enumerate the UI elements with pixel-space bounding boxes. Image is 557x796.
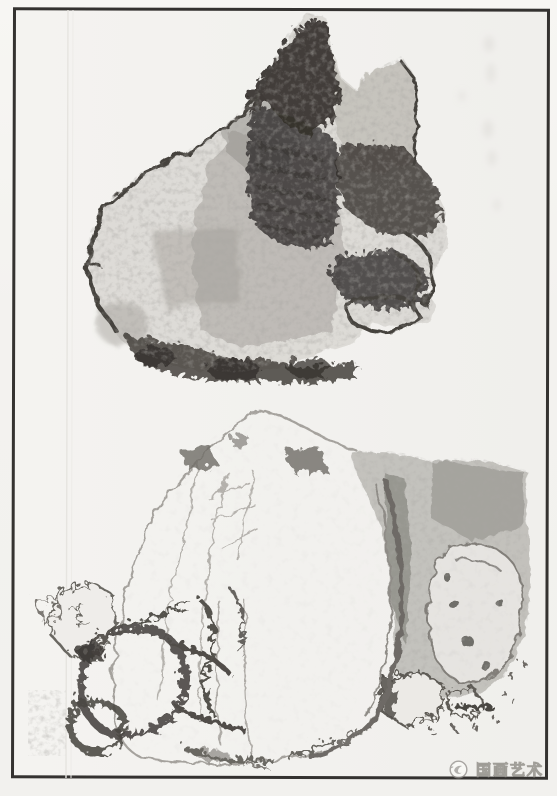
scanned-book-page: 国画艺术 xyxy=(0,0,557,796)
ink-painting-canvas xyxy=(0,0,557,796)
top-ink-rock-painting xyxy=(84,13,446,379)
bleed-through-marks xyxy=(459,36,500,211)
bottom-ink-rock-painting xyxy=(28,408,528,764)
